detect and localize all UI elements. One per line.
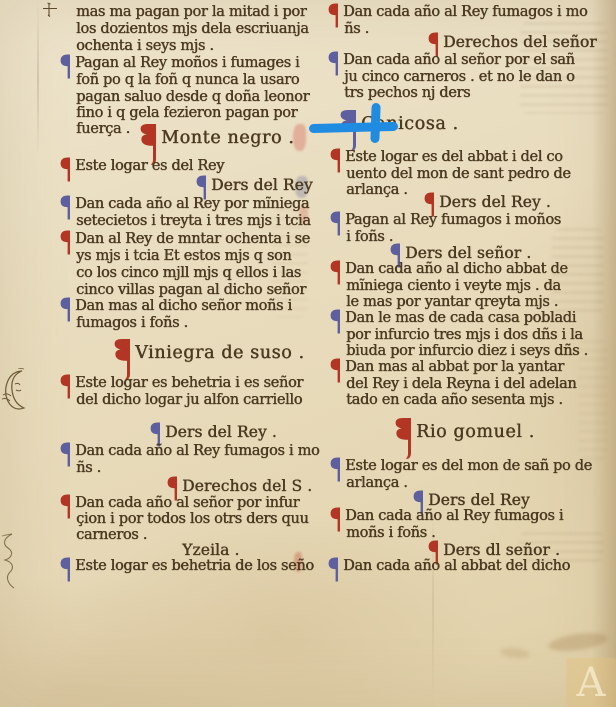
line-text: Yzeila . (182, 541, 239, 559)
text-line: ñs . (76, 460, 101, 476)
line-text: los dozientos mjs dela escriuanja (76, 21, 309, 37)
text-line: Este logar es behetria de los seño (60, 558, 314, 582)
line-text: çion i por todos los otrs ders quu (76, 511, 308, 527)
pilcrow-blue-icon (328, 51, 339, 76)
text-line: i foñs . (346, 229, 393, 245)
line-text: Ders del Rey . (439, 193, 551, 211)
pen-cross-mark (40, 1, 60, 19)
pilcrow-red-icon (393, 417, 412, 459)
text-line: cinco villas pagan al dicho señor (76, 282, 306, 298)
line-text: ju cinco carneros . et no le dan o (344, 69, 574, 85)
line-text: Dan cada año al dicho abbat de (345, 261, 568, 277)
line-text: trs pechos nj ders (344, 85, 470, 101)
pilcrow-red-icon (330, 260, 341, 285)
line-text: fino i q gela fezieron pagan por (76, 105, 297, 121)
line-text: arlança . (346, 182, 407, 198)
text-line: uento del mon de sant pedro de (346, 166, 571, 182)
text-line: ñs . (344, 21, 369, 37)
pilcrow-blue-icon (330, 211, 341, 236)
line-text: Ders del Rey (428, 491, 530, 509)
line-text: Dan al Rey de mntar ochenta i se (75, 231, 310, 247)
line-text: arlança . (346, 475, 407, 491)
text-line: los dozientos mjs dela escriuanja (76, 21, 309, 37)
text-line: del Rey i dela Reyna i del adelan (346, 376, 576, 392)
line-text: ñs . (76, 460, 101, 476)
text-line: pagan saluo desde q doña leonor (76, 89, 309, 105)
line-text: tado en cada año sesenta mjs . (346, 392, 563, 408)
line-text: Rio gomuel . (416, 422, 535, 442)
text-line: arlança . (346, 182, 407, 198)
pilcrow-red-icon (112, 338, 131, 380)
pilcrow-blue-icon (330, 309, 341, 334)
blue-cross-vertical-bar (370, 103, 380, 143)
line-text: del Rey i dela Reyna i del adelan (346, 376, 576, 392)
line-text: Dan cada año al señor por el sañ (343, 52, 575, 68)
parchment-crease (37, 0, 39, 160)
pilcrow-blue-icon (60, 442, 71, 467)
text-line: moñs i foñs . (346, 525, 435, 541)
text-line: arlança . (346, 475, 407, 491)
line-text: Dan cada año al Rey fumagos i (345, 508, 563, 524)
line-text: ys mjs i tcia Et estos mjs q son (76, 248, 291, 264)
line-text: le mas por yantar qreyta mjs . (346, 294, 558, 310)
line-text: cinco villas pagan al dicho señor (76, 282, 306, 298)
line-text: Ders del Rey (211, 176, 313, 194)
line-text: mĩniega ciento i veyte mjs . da (346, 278, 561, 294)
pilcrow-red-icon (330, 148, 341, 173)
line-text: Dan cada año al señor por infur (75, 495, 299, 511)
pilcrow-red-icon (60, 230, 71, 255)
pilcrow-blue-icon (328, 557, 339, 582)
line-text: carneros . (76, 527, 147, 543)
pilcrow-blue-icon (60, 195, 71, 220)
text-line: ju cinco carneros . et no le dan o (344, 69, 574, 85)
text-line: carneros . (76, 527, 147, 543)
text-line: çion i por todos los otrs ders quu (76, 511, 308, 527)
stain (547, 630, 609, 654)
line-text: uento del mon de sant pedro de (346, 166, 571, 182)
text-line: mas ma pagan por la mitad i por (76, 4, 306, 20)
line-text: biuda por infurcio diez i seys dñs . (346, 343, 588, 359)
line-text: fuerça . (76, 121, 130, 137)
bleedthrough-pilcrow-ghost (293, 124, 306, 151)
line-text: Ders del Rey . (165, 423, 277, 441)
line-text: Derechos del S . (182, 477, 312, 495)
line-text: Derechos del señor (443, 33, 597, 51)
watermark-letter: A (577, 660, 606, 706)
text-line: por infurcio tres mjs i dos dñs i la (346, 327, 583, 343)
pilcrow-red-icon (60, 494, 71, 519)
heading-line: Yzeila . (182, 541, 239, 559)
line-text: Ders del señor . (405, 244, 531, 262)
line-text: pagan saluo desde q doña leonor (76, 89, 309, 105)
text-line: trs pechos nj ders (344, 85, 470, 101)
text-line: fuerça . (76, 121, 130, 137)
pilcrow-red-icon (328, 3, 339, 28)
text-line: fino i q gela fezieron pagan por (76, 105, 297, 121)
line-text: Dan mas al dicho señor moñs i (75, 298, 292, 314)
line-text: Dan mas al abbat por la yantar (345, 359, 564, 375)
pilcrow-blue-icon (60, 54, 71, 79)
line-text: setecietos i treyta i tres mjs i tcia (76, 213, 311, 229)
pilcrow-blue-icon (330, 457, 341, 482)
text-line: del dicho logar ju alfon carriello (76, 392, 302, 408)
line-text: del dicho logar ju alfon carriello (76, 392, 302, 408)
pilcrow-red-icon (60, 374, 71, 399)
line-text: fumagos i foñs . (76, 315, 188, 331)
line-text: co los cinco mjll mjs q ellos i las (76, 265, 301, 281)
line-text: Dan cada año al Rey fumagos i mo (75, 443, 319, 459)
line-text: por infurcio tres mjs i dos dñs i la (346, 327, 583, 343)
line-text: Pagan al Rey fumagos i moños (345, 212, 561, 228)
text-line: ochenta i seys mjs . (76, 38, 214, 54)
line-text: Monte negro . (161, 128, 294, 148)
pilcrow-red-icon (330, 507, 341, 532)
heading-line: Viniegra de suso . (112, 339, 305, 380)
line-text: Este logar es del mon de sañ po de (345, 458, 592, 474)
line-text: moñs i foñs . (346, 525, 435, 541)
line-text: foñ po q la foñ q nunca la usaro (76, 72, 299, 88)
pilcrow-red-icon (60, 157, 71, 182)
line-text: Este logar es del Rey (75, 158, 224, 174)
line-text: Dan cada año al abbat del dicho (343, 558, 570, 574)
line-text: Ders dl señor . (443, 541, 560, 559)
text-line: biuda por infurcio diez i seys dñs . (346, 343, 588, 359)
text-line: tado en cada año sesenta mjs . (346, 392, 563, 408)
line-text: Viniegra de suso . (135, 343, 305, 363)
text-line: setecietos i treyta i tres mjs i tcia (76, 213, 311, 229)
heading-line: Rio gomuel . (393, 418, 535, 459)
text-line: ys mjs i tcia Et estos mjs q son (76, 248, 291, 264)
line-text: Pagan al Rey moños i fumages i (75, 55, 299, 71)
line-text: Dan le mas de cada casa pobladi (345, 310, 576, 326)
line-text: Este logar es del abbat i del co (345, 149, 563, 165)
line-text: ochenta i seys mjs . (76, 38, 214, 54)
text-line: co los cinco mjll mjs q ellos i las (76, 265, 301, 281)
line-text: Este logar es behetria i es señor (75, 375, 303, 391)
line-text: Este logar es behetria de los seño (75, 558, 314, 574)
pilcrow-blue-icon (60, 297, 71, 322)
watermark-a: A (566, 658, 616, 707)
stain (500, 646, 531, 659)
pilcrow-red-icon (330, 358, 341, 383)
line-text: i foñs . (346, 229, 393, 245)
text-line: fumagos i foñs . (76, 315, 188, 331)
line-text: ñs . (344, 21, 369, 37)
text-line: foñ po q la foñ q nunca la usaro (76, 72, 299, 88)
line-text: Dan cada año al Rey por mĩniega (75, 196, 309, 212)
pilcrow-blue-icon (60, 557, 71, 582)
text-line: le mas por yantar qreyta mjs . (346, 294, 558, 310)
text-line: Dan cada año al abbat del dicho (328, 558, 570, 582)
manuscript-page: mas ma pagan por la mitad i porlos dozie… (0, 0, 616, 707)
margin-face-doodle (2, 368, 32, 418)
text-line: mĩniega ciento i veyte mjs . da (346, 278, 561, 294)
line-text: mas ma pagan por la mitad i por (76, 4, 306, 20)
margin-flourish (0, 532, 18, 594)
line-text: Dan cada año al Rey fumagos i mo (343, 4, 587, 20)
